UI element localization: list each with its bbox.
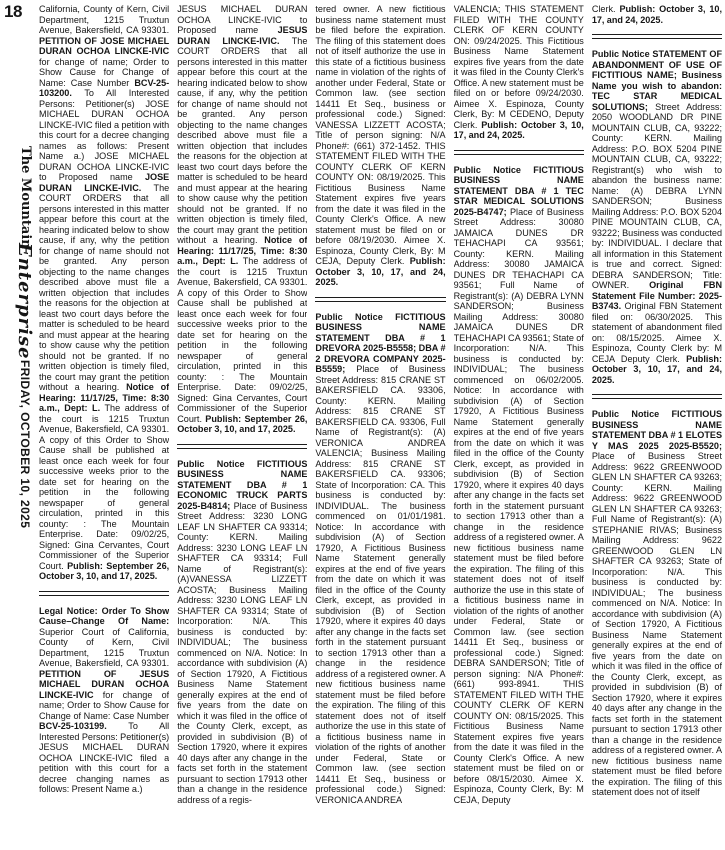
notice-text: Place of Business Street Address: 815 CR… — [315, 364, 445, 805]
legal-notice: Public Notice FICTITIOUS BUSINESS NAME S… — [592, 409, 722, 798]
notice-text: The address of the court is 1215 Truxtun… — [177, 256, 307, 424]
page-number: 18 — [4, 2, 22, 22]
legal-notice: Clerk. Publish: October 3, 10, 17, and 2… — [592, 4, 722, 25]
notice-divider — [315, 297, 445, 302]
legal-notice: Public Notice FICTITIOUS BUSINESS NAME S… — [315, 312, 445, 806]
newspaper-column-2: JESUS MICHAEL DURAN OCHOA LINCKE-IVIC to… — [177, 4, 307, 850]
legal-notice: Public Notice STATEMENT OF ABANDONMENT O… — [592, 49, 722, 385]
masthead-strip: 18 The Mountain Enterprise FRIDAY, OCTOB… — [0, 0, 38, 850]
legal-notice-columns: California, County of Kern, Civil Depart… — [39, 4, 722, 850]
masthead-name: Enterprise — [14, 243, 35, 360]
notice-divider — [454, 150, 584, 155]
notice-divider — [592, 394, 722, 399]
notice-text: VALENCIA; THIS STATEMENT FILED WITH THE … — [454, 4, 584, 130]
notice-bold-text: Legal Notice: Order To Show Cause–Change… — [39, 606, 169, 627]
masthead-date: FRIDAY, OCTOBER 10, 2025 — [18, 360, 32, 528]
newspaper-column-5: Clerk. Publish: October 3, 10, 17, and 2… — [592, 4, 722, 850]
newspaper-page: 18 The Mountain Enterprise FRIDAY, OCTOB… — [0, 0, 725, 850]
notice-text: California, County of Kern, Civil Depart… — [39, 4, 169, 35]
notice-text: Place of Business Street Address: 9622 G… — [592, 451, 722, 797]
notice-text: Superior Court of California, County of … — [39, 627, 169, 669]
notice-text: To All Interested Persons: Petitioner(s)… — [39, 88, 169, 182]
legal-notice: tered owner. A new fictitious business n… — [315, 4, 445, 288]
notice-text: tered owner. A new fictitious business n… — [315, 4, 445, 266]
newspaper-column-1: California, County of Kern, Civil Depart… — [39, 4, 169, 850]
notice-text: Place of Business Street Address: 3230 L… — [177, 501, 307, 805]
notice-bold-text: BCV-25-103199. — [39, 721, 107, 731]
notice-bold-text: PETITION OF JOSE MICHAEL DURAN OCHOA LIN… — [39, 36, 169, 57]
legal-notice: Legal Notice: Order To Show Cause–Change… — [39, 606, 169, 795]
legal-notice: JESUS MICHAEL DURAN OCHOA LINCKE-IVIC to… — [177, 4, 307, 435]
notice-divider — [592, 34, 722, 39]
newspaper-column-4: VALENCIA; THIS STATEMENT FILED WITH THE … — [454, 4, 584, 850]
newspaper-column-3: tered owner. A new fictitious business n… — [315, 4, 445, 850]
legal-notice: VALENCIA; THIS STATEMENT FILED WITH THE … — [454, 4, 584, 141]
notice-text: The COURT ORDERS that all persons intere… — [177, 36, 307, 246]
notice-text: To All Interested Persons: Petitioner(s)… — [39, 721, 169, 794]
legal-notice: Public Notice FICTITIOUS BUSINESS NAME S… — [177, 459, 307, 806]
notice-text: Street Address: 2050 WOODLAND DR PINE MO… — [592, 102, 722, 291]
notice-text: The address of the court is 1215 Truxtun… — [39, 403, 169, 571]
notice-divider — [39, 591, 169, 596]
masthead-name-prefix: The Mountain — [18, 146, 33, 249]
notice-text: Clerk. — [592, 4, 620, 14]
notice-divider — [177, 444, 307, 449]
legal-notice: Public Notice FICTITIOUS BUSINESS NAME S… — [454, 165, 584, 806]
notice-text: The COURT ORDERS that all persons intere… — [39, 183, 169, 393]
legal-notice: California, County of Kern, Civil Depart… — [39, 4, 169, 582]
notice-bold-text: Public Notice FICTITIOUS BUSINESS NAME S… — [592, 409, 722, 451]
notice-text: Place of Business Street Address: 30080 … — [454, 207, 584, 805]
